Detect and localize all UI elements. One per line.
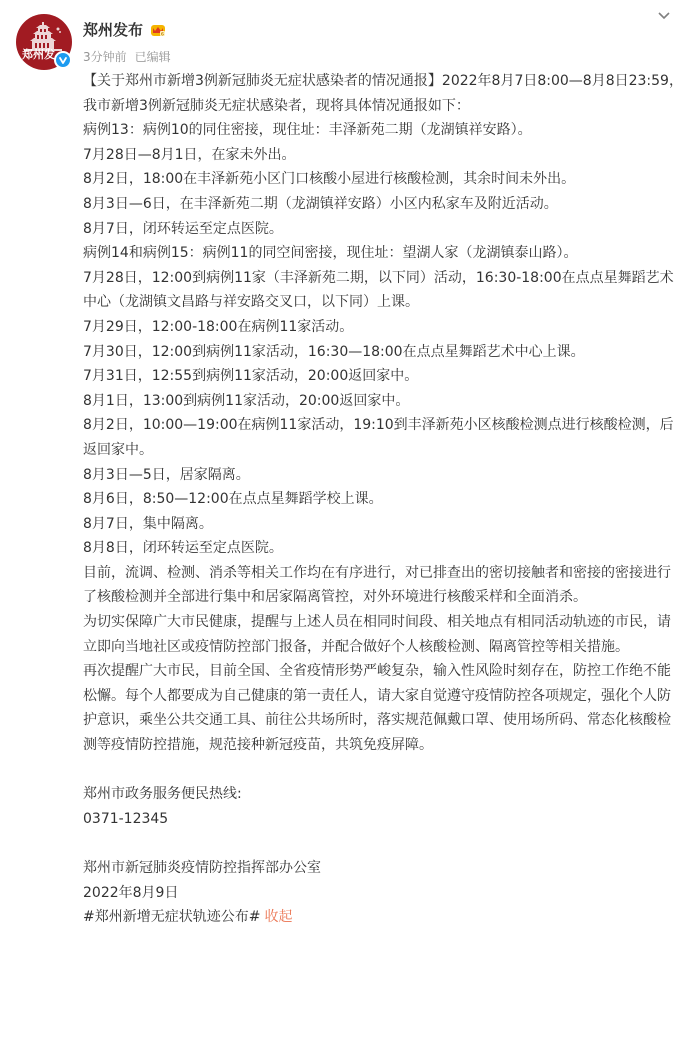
paragraph: 7月28日，12:00到病例11家（丰泽新苑二期，以下同）活动，16:30-18… bbox=[83, 266, 683, 315]
spacer bbox=[83, 831, 683, 856]
hashtag-line: #郑州新增无症状轨迹公布#收起 bbox=[83, 905, 683, 930]
signature-org: 郑州市新冠肺炎疫情防控指挥部办公室 bbox=[83, 856, 683, 881]
paragraph: 再次提醒广大市民，目前全国、全省疫情形势严峻复杂，输入性风险时刻存在，防控工作绝… bbox=[83, 659, 683, 757]
post-meta: 3分钟前已编辑 bbox=[83, 48, 171, 66]
paragraph: 病例14和病例15：病例11的同空间密接，现住址：望湖人家（龙湖镇泰山路）。 bbox=[83, 241, 683, 266]
weibo-post-card: 郑州发 郑州发布 6 3分钟前已编辑 【关于郑州市新增3例新冠肺炎无症状感染者的… bbox=[0, 0, 695, 1050]
hashtag-link[interactable]: #郑州新增无症状轨迹公布# bbox=[83, 909, 260, 925]
paragraph: 7月28日—8月1日，在家未外出。 bbox=[83, 143, 683, 168]
paragraph: 8月7日，闭环转运至定点医院。 bbox=[83, 217, 683, 242]
post-content: 【关于郑州市新增3例新冠肺炎无症状感染者的情况通报】2022年8月7日8:00—… bbox=[83, 69, 683, 930]
paragraph: 目前，流调、检测、消杀等相关工作均在有序进行，对已排查出的密切接触者和密接的密接… bbox=[83, 561, 683, 610]
verified-badge-icon bbox=[54, 51, 72, 69]
paragraph: 8月3日—6日，在丰泽新苑二期（龙湖镇祥安路）小区内私家车及附近活动。 bbox=[83, 192, 683, 217]
post-time[interactable]: 3分钟前 bbox=[83, 50, 127, 64]
signature-date: 2022年8月9日 bbox=[83, 881, 683, 906]
paragraph: 7月29日，12:00-18:00在病例11家活动。 bbox=[83, 315, 683, 340]
chevron-down-icon[interactable] bbox=[656, 10, 672, 22]
paragraph: 7月30日，12:00到病例11家活动，16:30—18:00在点点星舞蹈艺术中… bbox=[83, 340, 683, 365]
paragraph: 7月31日，12:55到病例11家活动，20:00返回家中。 bbox=[83, 364, 683, 389]
paragraph: 8月2日，18:00在丰泽新苑小区门口核酸小屋进行核酸检测，其余时间未外出。 bbox=[83, 167, 683, 192]
hotline-label: 郑州市政务服务便民热线: bbox=[83, 782, 683, 807]
paragraph: 8月3日—5日，居家隔离。 bbox=[83, 463, 683, 488]
edited-label[interactable]: 已编辑 bbox=[135, 50, 171, 64]
paragraph: 8月8日，闭环转运至定点医院。 bbox=[83, 536, 683, 561]
hotline-number: 0371-12345 bbox=[83, 807, 683, 832]
paragraph: 8月7日，集中隔离。 bbox=[83, 512, 683, 537]
paragraph: 为切实保障广大市民健康，提醒与上述人员在相同时间段、相关地点有相同活动轨迹的市民… bbox=[83, 610, 683, 659]
crown-icon[interactable]: 6 bbox=[150, 22, 166, 37]
author-name[interactable]: 郑州发布 bbox=[83, 20, 143, 40]
spacer bbox=[83, 758, 683, 783]
paragraph: 8月6日，8:50—12:00在点点星舞蹈学校上课。 bbox=[83, 487, 683, 512]
paragraph: 病例13：病例10的同住密接，现住址：丰泽新苑二期（龙湖镇祥安路）。 bbox=[83, 118, 683, 143]
paragraph: 【关于郑州市新增3例新冠肺炎无症状感染者的情况通报】2022年8月7日8:00—… bbox=[83, 69, 683, 118]
paragraph: 8月2日，10:00—19:00在病例11家活动，19:10到丰泽新苑小区核酸检… bbox=[83, 413, 683, 462]
collapse-button[interactable]: 收起 bbox=[264, 909, 292, 925]
paragraph: 8月1日，13:00到病例11家活动，20:00返回家中。 bbox=[83, 389, 683, 414]
svg-text:6: 6 bbox=[161, 31, 164, 37]
